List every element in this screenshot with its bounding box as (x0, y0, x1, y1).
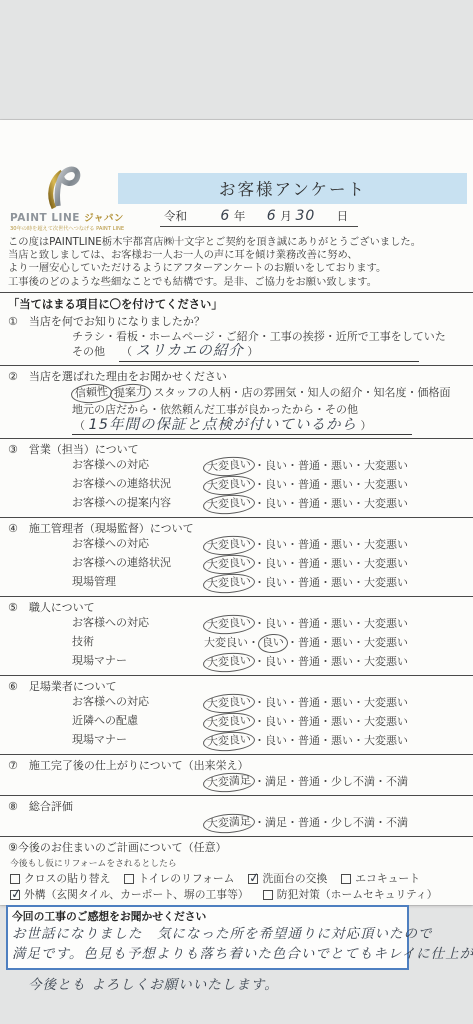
checkbox-item: エコキュート (341, 871, 420, 887)
rating-options: 大変満足・満足・普通・少し不満・不満 (204, 814, 408, 833)
checkbox-item: 防犯対策（ホームセキュリティ） (263, 887, 438, 903)
options-rest: スタッフの人柄・店の雰囲気・知人の紹介・知名度・価格面 (154, 386, 451, 399)
paren-open: （ (121, 345, 132, 358)
circled-option: 大変満足 (202, 772, 255, 795)
circled-option: 大変良い (202, 693, 255, 716)
checkbox-row: ✓外構（玄関タイル、カーポート、塀の工事等） 防犯対策（ホームセキュリティ） (10, 887, 467, 903)
divider (0, 517, 473, 518)
date-month-label: 月 (280, 209, 292, 223)
checkbox-label: 外構（玄関タイル、カーポート、塀の工事等） (24, 887, 249, 903)
divider (0, 836, 473, 837)
divider (0, 292, 473, 293)
checkbox-icon (341, 874, 351, 884)
paint-line-logo: PAINT LINE ジャパン 30年の時を超えて次世代へつなげる PAINT … (6, 166, 118, 232)
brand-en: PAINT LINE (10, 212, 80, 224)
rating-label: 現場管理 (72, 574, 204, 593)
options-post: ・良い・普通・悪い・大変悪い (254, 576, 408, 589)
circled-option: 良い (257, 633, 288, 654)
rating-row: 現場マナー大変良い・良い・普通・悪い・大変悪い (8, 653, 467, 672)
question-3: ③ 営業（担当）について お客様への対応大変良い・良い・普通・悪い・大変悪い お… (8, 442, 467, 514)
checkbox-item: ✓洗面台の交換 (248, 871, 327, 887)
checkbox-row: クロスの貼り替え トイレのリフォーム ✓洗面台の交換 エコキュート (10, 871, 467, 887)
checkbox-item: トイレのリフォーム (124, 871, 234, 887)
circled-option: 大変良い (202, 652, 255, 675)
answer-line: （ 15年間の保証と点検が付いているから ） (72, 418, 412, 436)
divider (0, 438, 473, 439)
rating-label: お客様への対応 (72, 694, 204, 713)
checkbox-label: トイレのリフォーム (138, 871, 234, 887)
question-2-answer: （ 15年間の保証と点検が付いているから ） (72, 418, 467, 436)
survey-document: PAINT LINE ジャパン 30年の時を超えて次世代へつなげる PAINT … (0, 120, 473, 905)
options-post: ・普通・悪い・大変悪い (287, 636, 408, 649)
rating-options: 大変良い・良い・普通・悪い・大変悪い (204, 476, 408, 495)
question-5-heading: ⑤ 職人について (8, 600, 467, 615)
circled-option: 大変良い (202, 456, 255, 479)
question-1: ① 当店を何でお知りになりましたか？ チラシ・看板・ホームページ・ご紹介・工事の… (8, 314, 467, 362)
brand-tagline: 30年の時を超えて次世代へつなげる PAINT LINE (10, 225, 118, 232)
rating-options: 大変良い・良い・普通・悪い・大変悪い (204, 555, 408, 574)
rating-options: 大変良い・良い・普通・悪い・大変悪い (204, 457, 408, 476)
rating-label: お客様への対応 (72, 536, 204, 555)
circled-option: 大変満足 (202, 813, 255, 836)
intro-line: この度はPAINTLINE栃木宇都宮店㈱十文字とご契約を頂き誠にありがとうござい… (8, 236, 467, 249)
question-9: ⑨今後のお住まいのご計画について（任意） 今後もし仮にリフォームをされるとしたら… (8, 840, 467, 902)
rating-options: 大変良い・良い・普通・悪い・大変悪い (204, 536, 408, 555)
date-year-label: 年 (234, 209, 246, 223)
survey-title: お客様アンケート (118, 173, 467, 204)
circled-option: 大変良い (202, 475, 255, 498)
rating-row: 近隣への配慮大変良い・良い・普通・悪い・大変悪い (8, 713, 467, 732)
rating-label (72, 814, 204, 833)
options-post: ・良い・普通・悪い・大変悪い (254, 478, 408, 491)
options-post: ・良い・普通・悪い・大変悪い (254, 459, 408, 472)
circled-option: 大変良い (202, 731, 255, 754)
document-header: PAINT LINE ジャパン 30年の時を超えて次世代へつなげる PAINT … (6, 166, 467, 232)
checkbox-label: 洗面台の交換 (262, 871, 327, 887)
rating-label: お客様への連絡状況 (72, 476, 204, 495)
circled-option: 大変良い (202, 614, 255, 637)
rating-row: お客様への連絡状況大変良い・良い・普通・悪い・大変悪い (8, 555, 467, 574)
circled-option: 提案力 (109, 382, 151, 403)
rating-row: 技術大変良い・良い・普通・悪い・大変悪い (8, 634, 467, 653)
rating-label: 現場マナー (72, 732, 204, 751)
handwritten-answer: 15年間の保証と点検が付いているから (89, 417, 357, 433)
rating-label: 現場マナー (72, 653, 204, 672)
rating-options: 大変満足・満足・普通・少し不満・不満 (204, 773, 408, 792)
paren-close: ） (360, 419, 371, 432)
options-post: ・満足・普通・少し不満・不満 (254, 775, 408, 788)
intro-line: 当店と致しましては、お客様お一人お一人の声に耳を傾け業務改善に努め、 (8, 249, 467, 262)
question-1-heading: ① 当店を何でお知りになりましたか？ (8, 314, 467, 329)
survey-date: 令和 6 年 6 月 30 日 (160, 208, 358, 227)
date-era: 令和 (164, 209, 187, 223)
question-5: ⑤ 職人について お客様への対応大変良い・良い・普通・悪い・大変悪い 技術大変良… (8, 600, 467, 672)
options-post: ・良い・普通・悪い・大変悪い (254, 655, 408, 668)
date-year-value: 6 (220, 208, 230, 224)
divider (0, 596, 473, 597)
paren-open: （ (74, 419, 85, 432)
check-mark: ✓ (248, 871, 261, 888)
handwritten-answer: スリカエの紹介 (136, 343, 244, 359)
checkbox-item: ✓外構（玄関タイル、カーポート、塀の工事等） (10, 887, 249, 903)
viewer-stage: PAINT LINE ジャパン 30年の時を超えて次世代へつなげる PAINT … (0, 0, 473, 1024)
date-day-value: 30 (295, 208, 315, 224)
question-9-subnote: 今後もし仮にリフォームをされるとしたら (10, 856, 467, 869)
options-post: ・良い・普通・悪い・大変悪い (254, 617, 408, 630)
options-post: ・良い・普通・悪い・大変悪い (254, 696, 408, 709)
checkbox-icon (124, 874, 134, 884)
rating-row: お客様への対応大変良い・良い・普通・悪い・大変悪い (8, 615, 467, 634)
circled-option: 大変良い (202, 573, 255, 596)
handwritten-comment-line: お世話になりました 気になった所を希望通りに対応頂いたので (12, 924, 403, 944)
checkbox-icon (263, 890, 273, 900)
options-post: ・良い・普通・悪い・大変悪い (254, 497, 408, 510)
question-8-heading: ⑧ 総合評価 (8, 799, 467, 814)
rating-label: お客様への提案内容 (72, 495, 204, 514)
intro-line: より一層安心していただけるようにアフターアンケートのお願いをしております。 (8, 262, 467, 275)
question-7: ⑦ 施工完了後の仕上がりについて（出来栄え） 大変満足・満足・普通・少し不満・不… (8, 758, 467, 792)
rating-options: 大変良い・良い・普通・悪い・大変悪い (204, 495, 408, 514)
question-4: ④ 施工管理者（現場監督）について お客様への対応大変良い・良い・普通・悪い・大… (8, 521, 467, 593)
question-2-heading: ② 当店を選ばれた理由をお聞かせください (8, 369, 467, 384)
circled-option: 大変良い (202, 554, 255, 577)
other-label: その他 (72, 345, 105, 358)
checkbox-label: 防犯対策（ホームセキュリティ） (277, 887, 438, 903)
rating-options: 大変良い・良い・普通・悪い・大変悪い (204, 653, 408, 672)
question-7-heading: ⑦ 施工完了後の仕上がりについて（出来栄え） (8, 758, 467, 773)
intro-line: 工事後のどのような些細なことでも結構です。是非、ご協力をお願い致します。 (8, 276, 467, 289)
question-6: ⑥ 足場業者について お客様への対応大変良い・良い・普通・悪い・大変悪い 近隣へ… (8, 679, 467, 751)
checkbox-label: エコキュート (355, 871, 420, 887)
rating-label: お客様への対応 (72, 457, 204, 476)
rating-options: 大変良い・良い・普通・悪い・大変悪い (204, 713, 408, 732)
viewer-background-top (0, 0, 473, 120)
question-3-heading: ③ 営業（担当）について (8, 442, 467, 457)
circled-option: 大変良い (202, 712, 255, 735)
rating-label: お客様への連絡状況 (72, 555, 204, 574)
rating-row: お客様への連絡状況大変良い・良い・普通・悪い・大変悪い (8, 476, 467, 495)
divider (0, 365, 473, 366)
checkbox-icon (10, 874, 20, 884)
question-2: ② 当店を選ばれた理由をお聞かせください 信頼性提案力 スタッフの人柄・店の雰囲… (8, 369, 467, 436)
options-post: ・良い・普通・悪い・大変悪い (254, 557, 408, 570)
handwritten-comment-line: 今後とも よろしくお願いいたします。 (28, 973, 467, 993)
question-1-other: その他 （ スリカエの紹介 ） (72, 344, 467, 362)
checkbox-label: クロスの貼り替え (24, 871, 110, 887)
rating-label: 近隣への配慮 (72, 713, 204, 732)
rating-row: 大変満足・満足・普通・少し不満・不満 (8, 814, 467, 833)
options-pre: 大変良い・ (204, 636, 259, 649)
divider (0, 675, 473, 676)
brand-name: PAINT LINE ジャパン (10, 210, 118, 224)
rating-options: 大変良い・良い・普通・悪い・大変悪い (204, 694, 408, 713)
date-day-label: 日 (337, 209, 349, 223)
options-post: ・良い・普通・悪い・大変悪い (254, 538, 408, 551)
options-post: ・良い・普通・悪い・大変悪い (254, 715, 408, 728)
rating-row: お客様への対応大変良い・良い・普通・悪い・大変悪い (8, 694, 467, 713)
check-mark: ✓ (10, 886, 23, 903)
rating-label: お客様への対応 (72, 615, 204, 634)
handwritten-comment-line: 満足です。色見も予想よりも落ち着いた色合いでとてもキレイに仕上がりました。 (12, 944, 403, 964)
comment-box: 今回の工事のご感想をお聞かせください お世話になりました 気になった所を希望通り… (6, 905, 409, 970)
rating-options: 大変良い・良い・普通・悪い・大変悪い (204, 615, 408, 634)
rating-label: 技術 (72, 634, 204, 653)
rating-options: 大変良い・良い・普通・悪い・大変悪い (204, 732, 408, 751)
divider (0, 754, 473, 755)
question-4-heading: ④ 施工管理者（現場監督）について (8, 521, 467, 536)
rating-row: お客様への対応大変良い・良い・普通・悪い・大変悪い (8, 536, 467, 555)
checkbox-item: クロスの貼り替え (10, 871, 110, 887)
circled-option: 信頼性 (70, 382, 112, 403)
options-post: ・満足・普通・少し不満・不満 (254, 816, 408, 829)
question-1-options: チラシ・看板・ホームページ・ご紹介・工事の挨拶・近所で工事をしていた (72, 329, 467, 345)
question-2-options-1: 信頼性提案力 スタッフの人柄・店の雰囲気・知人の紹介・知名度・価格面 (72, 384, 467, 403)
rating-row: お客様への提案内容大変良い・良い・普通・悪い・大変悪い (8, 495, 467, 514)
question-2-options-2: 地元の店だから・依然頼んだ工事が良かったから・その他 (72, 402, 467, 418)
header-right: お客様アンケート 令和 6 年 6 月 30 日 (118, 166, 467, 227)
rating-options: 大変良い・良い・普通・悪い・大変悪い (204, 634, 408, 653)
rating-row: 大変満足・満足・普通・少し不満・不満 (8, 773, 467, 792)
options-post: ・良い・普通・悪い・大変悪い (254, 734, 408, 747)
rating-row: お客様への対応大変良い・良い・普通・悪い・大変悪い (8, 457, 467, 476)
question-8: ⑧ 総合評価 大変満足・満足・普通・少し不満・不満 (8, 799, 467, 833)
circled-option: 大変良い (202, 535, 255, 558)
date-month-value: 6 (267, 208, 277, 224)
rating-label (72, 773, 204, 792)
answer-line: （ スリカエの紹介 ） (119, 344, 419, 362)
paren-close: ） (247, 345, 258, 358)
rating-row: 現場管理大変良い・良い・普通・悪い・大変悪い (8, 574, 467, 593)
instruction-heading: 「当てはまる項目に〇を付けてください」 (8, 296, 467, 312)
circled-option: 大変良い (202, 494, 255, 517)
divider (0, 795, 473, 796)
rating-row: 現場マナー大変良い・良い・普通・悪い・大変悪い (8, 732, 467, 751)
intro-paragraph: この度はPAINTLINE栃木宇都宮店㈱十文字とご契約を頂き誠にありがとうござい… (8, 236, 467, 289)
rating-options: 大変良い・良い・普通・悪い・大変悪い (204, 574, 408, 593)
question-9-heading: ⑨今後のお住まいのご計画について（任意） (8, 840, 467, 855)
comment-heading: 今回の工事のご感想をお聞かせください (12, 909, 403, 924)
paint-line-logo-icon (38, 166, 82, 210)
question-6-heading: ⑥ 足場業者について (8, 679, 467, 694)
